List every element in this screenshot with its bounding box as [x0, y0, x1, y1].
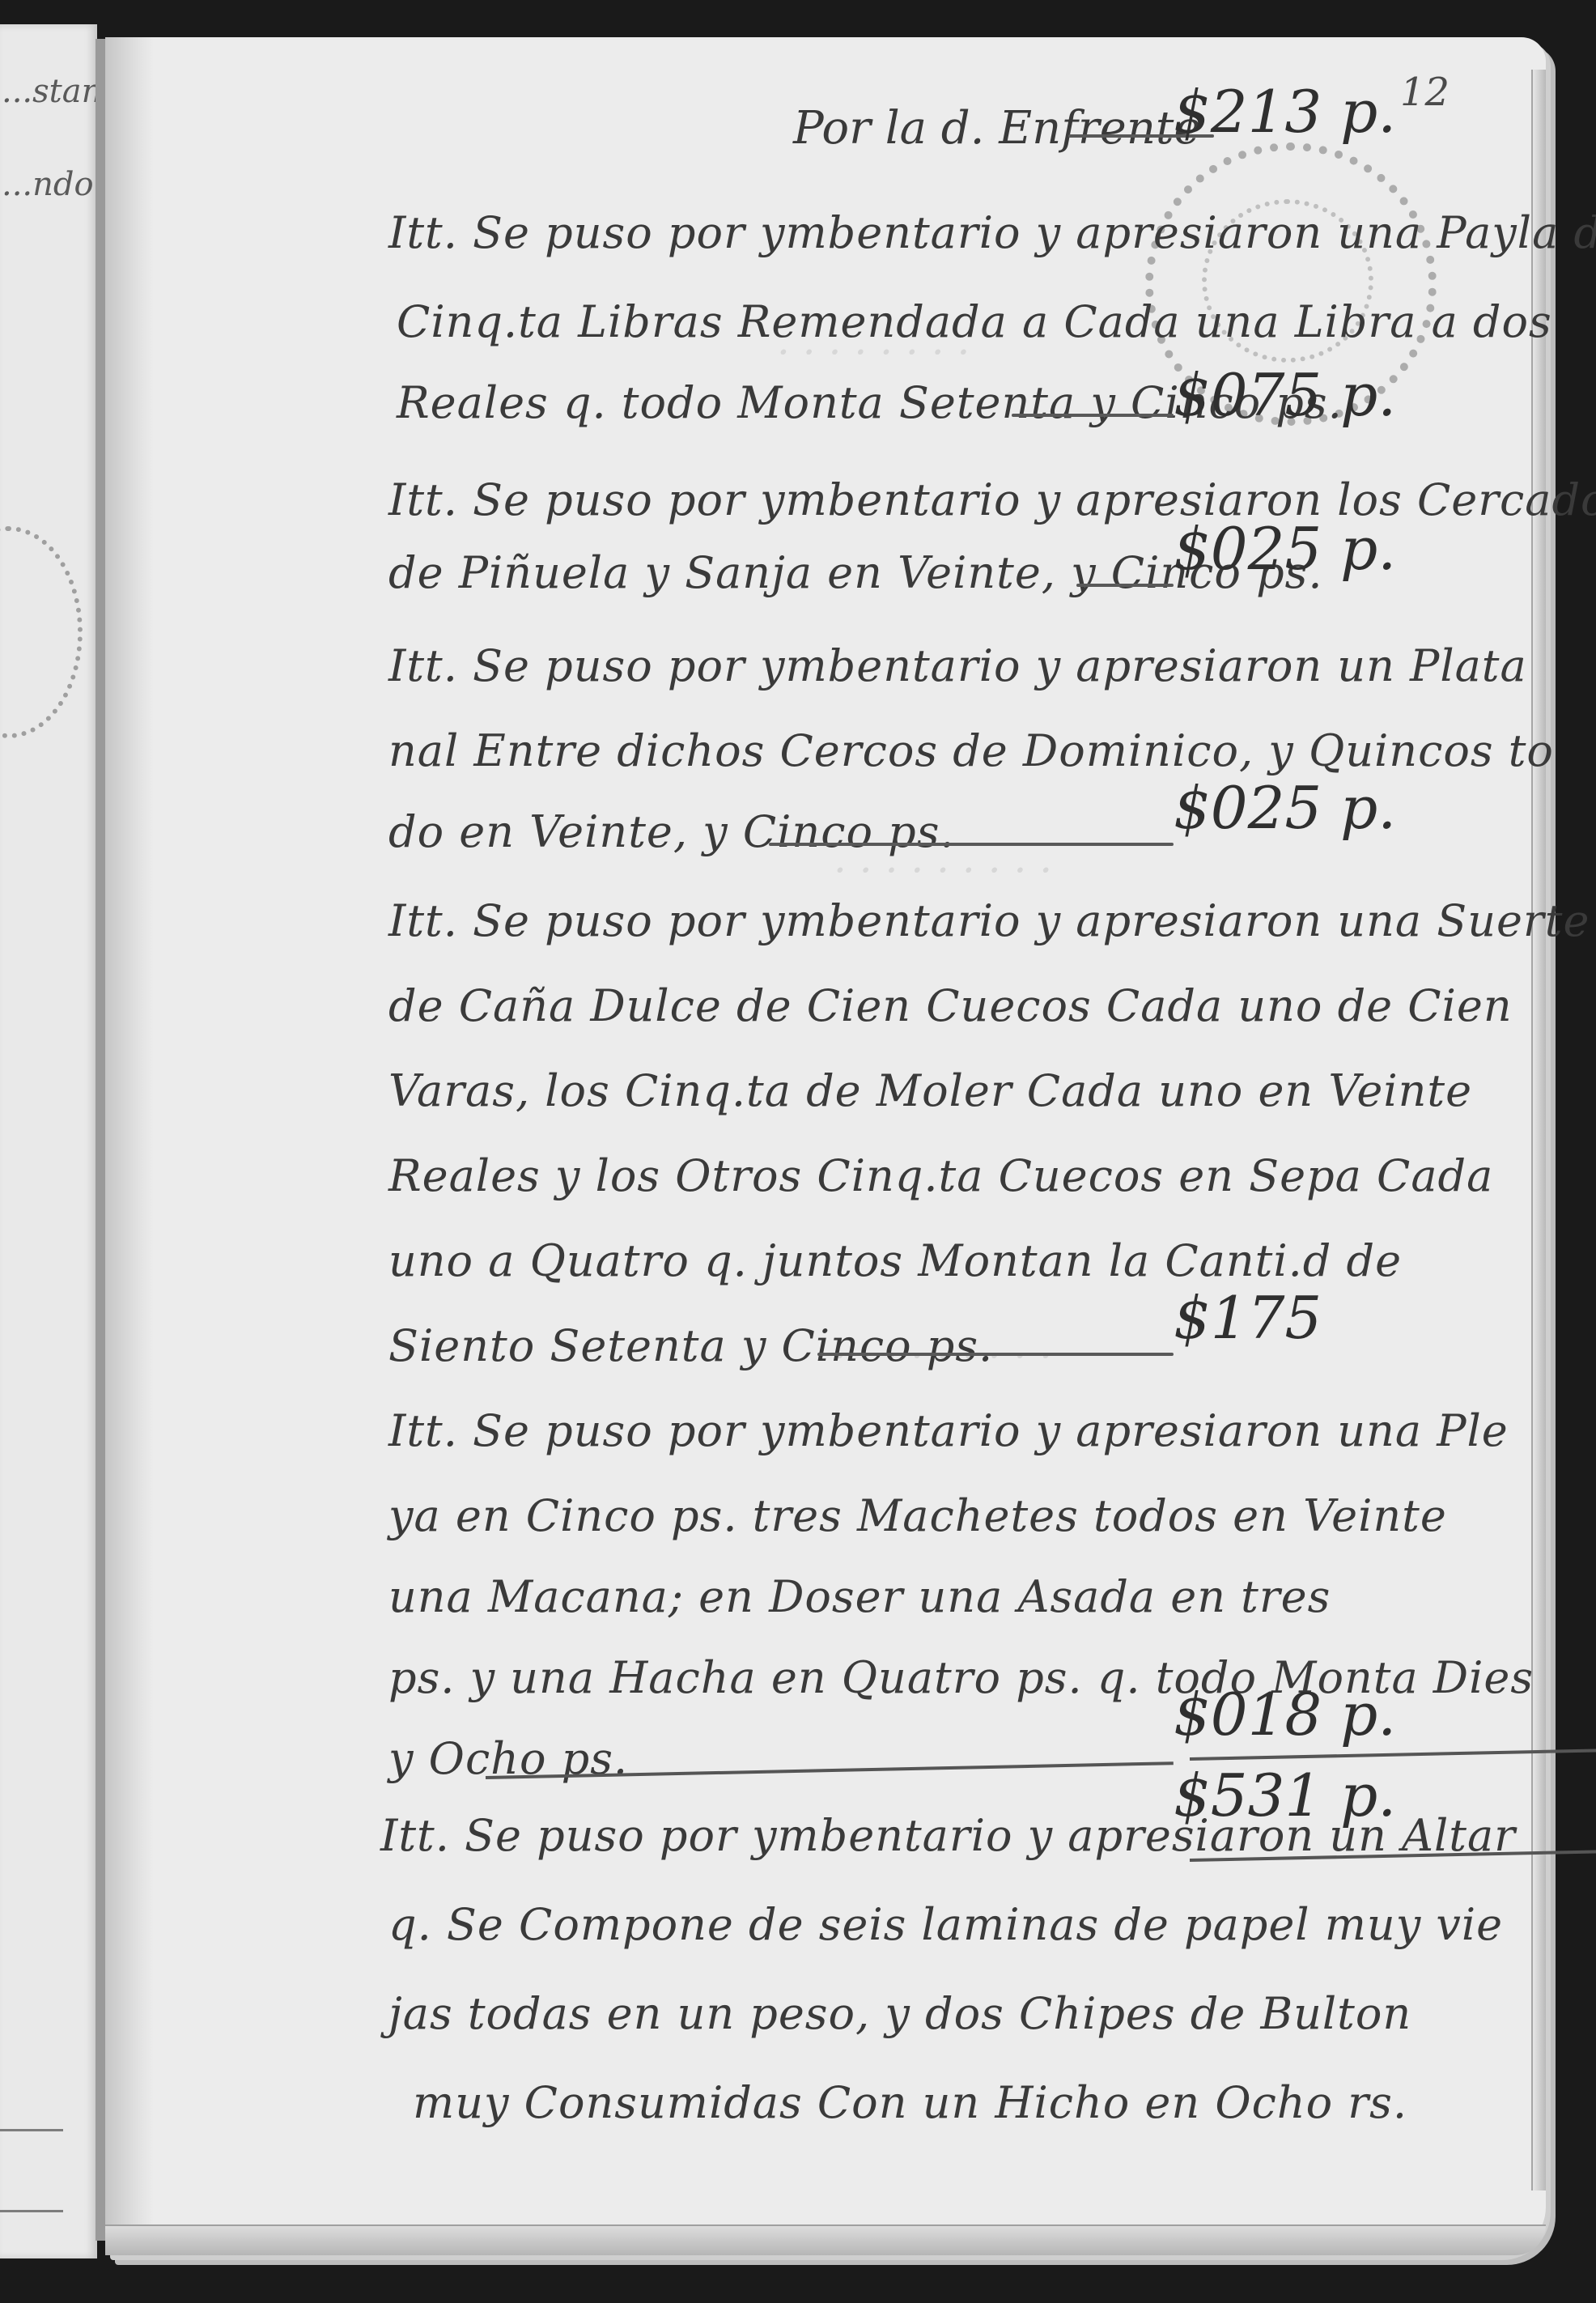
entry-line: ya en Cinco ps. tres Machetes todos en V… — [388, 1490, 1447, 1541]
entry-line: Itt. Se puso por ymbentario y apresiaron… — [388, 895, 1590, 946]
entry-amount: $025 p. — [1174, 515, 1396, 583]
page-bottom-edge — [105, 2224, 1546, 2255]
entry-line: Itt. Se puso por ymbentario y apresiaron… — [380, 1810, 1516, 1861]
entry-line: Itt. Se puso por ymbentario y apresiaron… — [388, 207, 1596, 258]
entry-amount: $025 p. — [1174, 774, 1396, 842]
left-page-seal — [0, 526, 83, 738]
entry-line: de Caña Dulce de Cien Cuecos Cada uno de… — [388, 980, 1513, 1031]
leader-line — [817, 1353, 1174, 1356]
entry-line: Siento Setenta y Cinco ps. — [388, 1320, 993, 1371]
page-edge — [1531, 70, 1546, 2190]
entry-line: Varas, los Cinq.ta de Moler Cada uno en … — [388, 1065, 1472, 1116]
entry-line: Cinq.ta Libras Remendada a Cada una Libr… — [397, 296, 1552, 347]
entry-line: Itt. Se puso por ymbentario y apresiaron… — [388, 474, 1596, 525]
entry-amount: $075 p. — [1174, 361, 1396, 429]
entry-line: Reales y los Otros Cinq.ta Cuecos en Sep… — [388, 1150, 1493, 1201]
leader-line — [1076, 584, 1174, 587]
folio-number: 12 — [1400, 70, 1450, 115]
entry-line: jas todas en un peso, y dos Chipes de Bu… — [388, 1988, 1411, 2039]
entry-line: Itt. Se puso por ymbentario y apresiaron… — [388, 640, 1527, 691]
carryover-heading: Por la d. Enfrente — [793, 102, 1201, 155]
carryover-amount: $213 p. — [1174, 78, 1396, 146]
entry-line: Itt. Se puso por ymbentario y apresiaron… — [388, 1405, 1509, 1456]
entry-line: una Macana; en Doser una Asada en tres — [388, 1571, 1331, 1622]
entry-amount: $018 p. — [1174, 1681, 1396, 1748]
entry-line: muy Consumidas Con un Hicho en Ocho rs. — [413, 2077, 1407, 2128]
left-page-fragment: ...stan lo ...ndo lo — [0, 24, 97, 2258]
entry-line: nal Entre dichos Cercos de Dominico, y Q… — [388, 725, 1554, 776]
entry-line: uno a Quatro q. juntos Montan la Canti.d… — [388, 1235, 1402, 1286]
entry-line: do en Veinte, y Cinco ps. — [388, 806, 955, 857]
left-page-rule — [0, 2129, 63, 2131]
entry-amount: $175 — [1174, 1284, 1322, 1352]
leader-line — [1012, 414, 1174, 417]
manuscript-page: · · · · · · · · · · · · · · · · · · · · … — [105, 37, 1546, 2255]
entry-line: q. Se Compone de seis laminas de papel m… — [388, 1899, 1503, 1950]
left-page-rule — [0, 2210, 63, 2212]
leader-line — [769, 843, 1174, 846]
page-gutter-shadow — [105, 37, 154, 2255]
